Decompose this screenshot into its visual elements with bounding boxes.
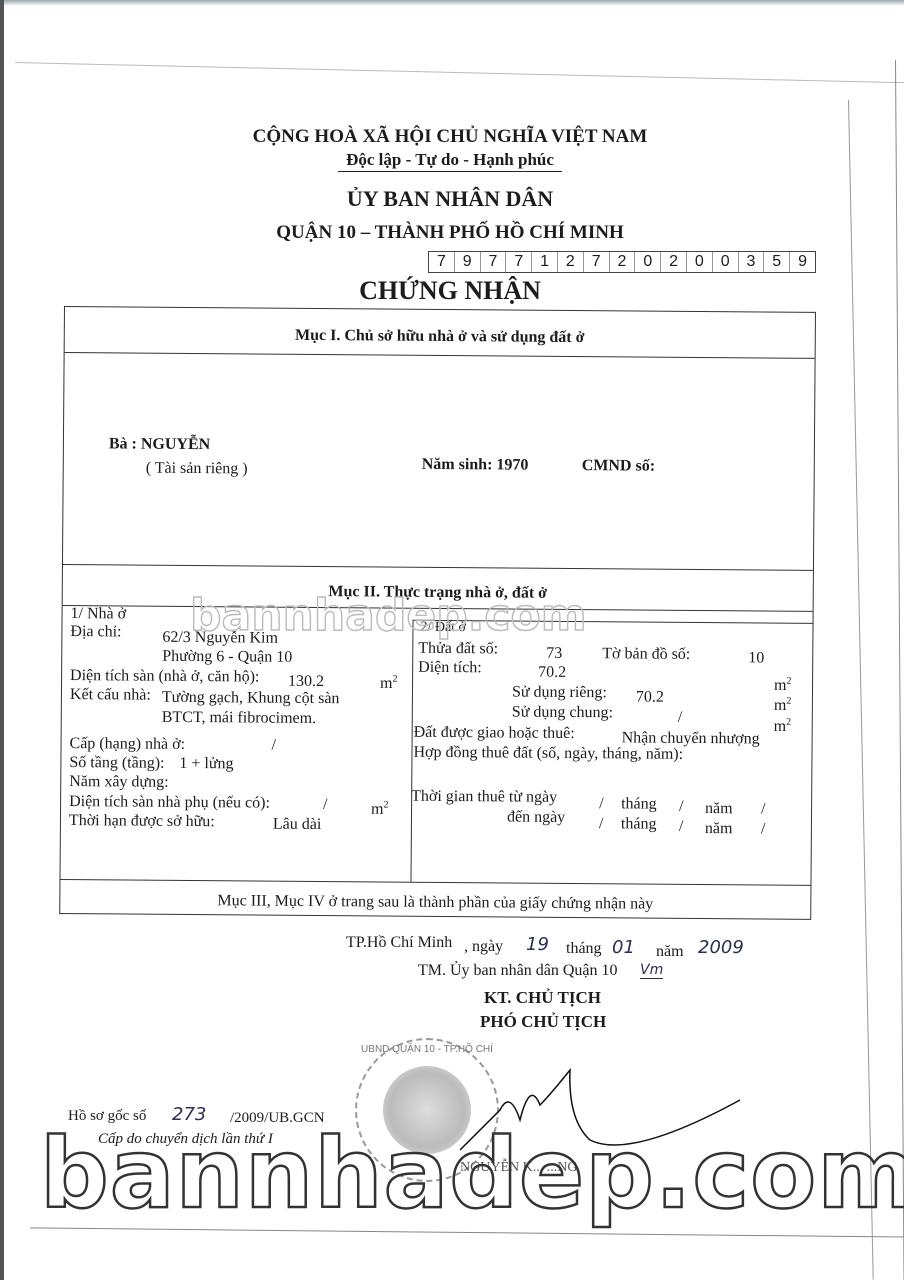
shared-use-label: Sử dụng chung: xyxy=(512,704,613,723)
serial-digit: 9 xyxy=(455,252,481,272)
month-value: 01 xyxy=(612,937,635,958)
fold-line xyxy=(895,60,904,1280)
serial-digit: 7 xyxy=(506,252,532,272)
lease-contract-label: Hợp đồng thuê đất (số, ngày, tháng, năm)… xyxy=(413,744,683,764)
signing-place: TP.Hồ Chí Minh xyxy=(346,934,452,952)
floors-label: Số tầng (tầng): xyxy=(69,754,164,773)
document-title: CHỨNG NHẬN xyxy=(250,276,650,306)
unit-m2: m2 xyxy=(371,799,389,818)
serial-digit: 1 xyxy=(532,252,558,272)
unit-m2: Diện tích:m2 xyxy=(774,676,792,695)
address-label: Địa chỉ: xyxy=(70,623,121,641)
month-label: tháng xyxy=(621,795,657,813)
unit: m xyxy=(380,675,393,692)
address-line2: Phường 6 - Quận 10 xyxy=(162,648,292,667)
structure-line2: BTCT, mái fibrocimem. xyxy=(162,709,316,728)
grade-value: / xyxy=(271,737,276,755)
role-vice-chair: PHÓ CHỦ TỊCH xyxy=(480,1012,606,1032)
serial-digit: 0 xyxy=(713,252,739,272)
private-use-value: 70.2 xyxy=(636,689,664,707)
section1-title: Mục I. Chủ sở hữu nhà ở và sử dụng đất ở xyxy=(65,325,815,349)
aux-area-value: / xyxy=(323,796,328,814)
structure-label: Kết cấu nhà: xyxy=(70,686,151,705)
year-label: năm xyxy=(656,943,684,961)
lease-to-label: đến ngày xyxy=(507,808,565,826)
parcel-value: 73 xyxy=(546,645,562,663)
serial-digit: 5 xyxy=(764,252,790,272)
slash: / xyxy=(761,820,766,838)
footer-note: Mục III, Mục IV ở trang sau là thành phầ… xyxy=(60,891,810,915)
structure-line1: Tường gạch, Khung cột sàn xyxy=(162,689,340,708)
map-sheet-label: Tờ bản đồ số: xyxy=(602,645,690,664)
divider xyxy=(65,352,815,359)
floors-value: 1 + lửng xyxy=(179,755,233,773)
day-label: , ngày xyxy=(464,938,503,956)
private-use-label: Sử dụng riêng: xyxy=(512,684,607,703)
lease-from-label: Thời gian thuê từ ngày xyxy=(411,788,557,807)
slash: / xyxy=(599,815,604,833)
unit-m2: m2 xyxy=(774,696,792,715)
area-label: Diện tích: xyxy=(418,659,482,677)
page-edge xyxy=(0,0,4,1280)
allocation-label: Đất được giao hoặc thuê: xyxy=(414,724,575,743)
slash: / xyxy=(599,795,604,813)
unit-m2: m2 xyxy=(380,673,398,692)
owner-name: Bà : NGUYỄN xyxy=(109,435,210,454)
map-sheet-value: 10 xyxy=(748,649,764,667)
district-name: QUẬN 10 – THÀNH PHỐ HỒ CHÍ MINH xyxy=(160,222,740,244)
divider xyxy=(60,879,810,886)
slash: / xyxy=(679,798,684,816)
term-label: Thời hạn được sở hữu: xyxy=(69,812,215,831)
month-label: tháng xyxy=(566,940,602,958)
parcel-label: Thửa đất số: xyxy=(418,640,498,659)
aux-area-label: Diện tích sàn nhà phụ (nếu có): xyxy=(69,793,270,813)
year-built-label: Năm xây dựng: xyxy=(69,773,168,792)
id-number-label: CMND số: xyxy=(582,457,655,476)
authority-name: ỦY BAN NHÂN DÂN xyxy=(170,186,730,212)
shared-use-value: / xyxy=(678,709,683,727)
page-border-line xyxy=(15,62,904,83)
fold-line xyxy=(848,100,874,1280)
serial-digit: 7 xyxy=(584,252,610,272)
floor-area-label: Diện tích sàn (nhà ở, căn hộ): xyxy=(70,667,259,686)
area-value: 70.2 xyxy=(538,664,566,682)
unit: m xyxy=(371,801,384,818)
watermark: bannhadep.com xyxy=(190,590,587,641)
serial-digit: 2 xyxy=(610,252,636,272)
grade-label: Cấp (hạng) nhà ở: xyxy=(69,735,185,754)
floor-area-value: 130.2 xyxy=(288,673,324,691)
watermark: bannhadep.com xyxy=(40,1118,904,1230)
on-behalf: TM. Ủy ban nhân dân Quận 10 xyxy=(418,962,618,980)
unit-m2: m2 xyxy=(774,717,792,736)
motto: Độc lập - Tự do - Hạnh phúc xyxy=(180,150,720,170)
divider xyxy=(63,564,813,571)
year-label: năm xyxy=(705,800,733,818)
day-value: 19 xyxy=(526,934,549,955)
birth-year: Năm sinh: 1970 xyxy=(422,456,529,475)
slash: / xyxy=(679,818,684,836)
serial-digit: 2 xyxy=(558,252,584,272)
slash: / xyxy=(761,800,766,818)
serial-digit: 0 xyxy=(687,252,713,272)
serial-digit: 3 xyxy=(739,252,765,272)
serial-digit: 0 xyxy=(635,252,661,272)
country-name: CỘNG HOÀ XÃ HỘI CHỦ NGHĨA VIỆT NAM xyxy=(180,126,720,148)
serial-digit: 7 xyxy=(429,252,455,272)
house-heading: 1/ Nhà ở xyxy=(71,605,127,623)
term-value: Lâu dài xyxy=(273,816,322,834)
serial-digit: 7 xyxy=(481,252,507,272)
serial-digit: 9 xyxy=(790,252,815,272)
year-label: năm xyxy=(705,820,733,838)
serial-number: 797712720200359 xyxy=(428,251,816,273)
role-vice: KT. CHỦ TỊCH xyxy=(484,988,601,1008)
year-value: 2009 xyxy=(698,937,744,958)
page-edge xyxy=(0,0,904,6)
initials: Vm xyxy=(640,962,663,979)
month-label: tháng xyxy=(621,815,657,833)
motto-text: Độc lập - Tự do - Hạnh phúc xyxy=(338,150,562,172)
ownership-note: ( Tài sản riêng ) xyxy=(146,460,248,479)
serial-digit: 2 xyxy=(661,252,687,272)
